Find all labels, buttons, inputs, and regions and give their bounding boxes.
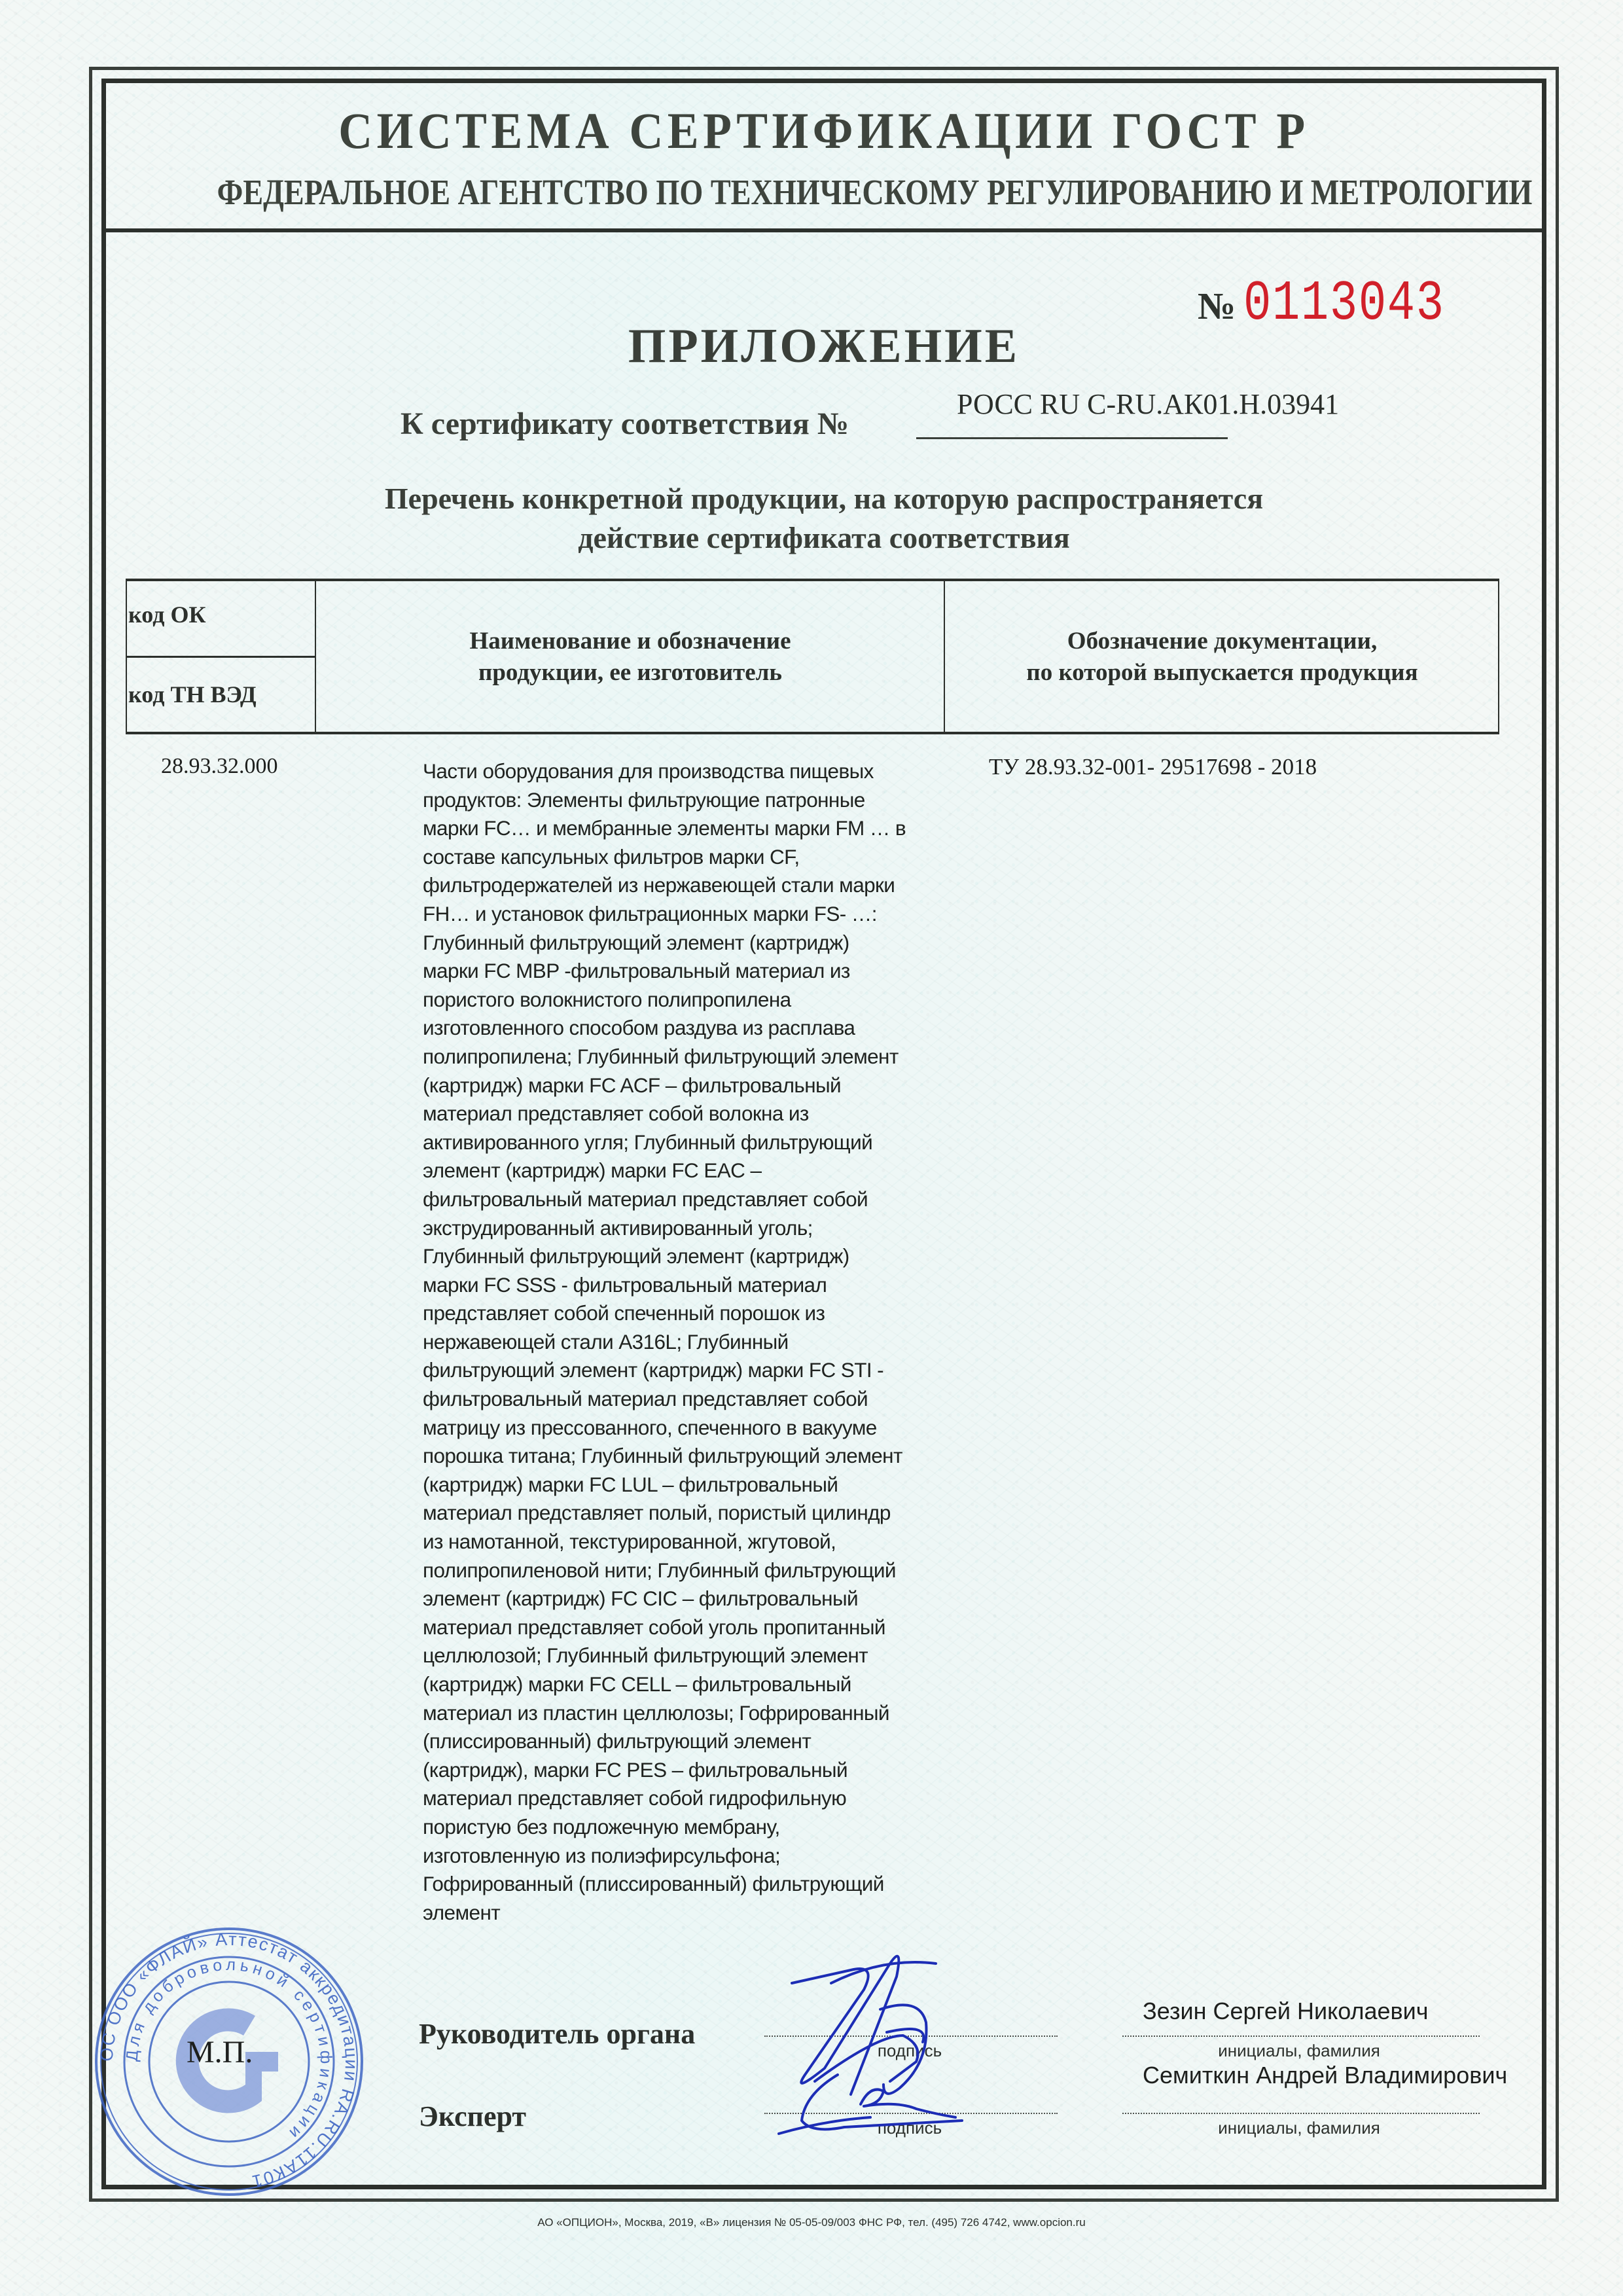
system-title: СИСТЕМА СЕРТИФИКАЦИИ ГОСТ Р [159, 101, 1488, 160]
product-description-line: Части оборудования для производства пище… [423, 757, 986, 786]
product-description-line: (картридж), марки FC PES – фильтровальны… [423, 1756, 986, 1785]
product-description-line: материал представляет полый, пористый ци… [423, 1499, 986, 1528]
product-description-line: пористую без подложечную мембрану, [423, 1813, 986, 1842]
product-description-line: материал из пластин целлюлозы; Гофрирова… [423, 1699, 986, 1728]
product-description-line: фильтровальный материал представляет соб… [423, 1185, 986, 1214]
product-description-line: (картридж) марки FC LUL – фильтровальный [423, 1471, 986, 1499]
product-description-line: марки FC SSS - фильтровальный материал [423, 1271, 986, 1300]
header-documentation: Обозначение документации, по которой вып… [945, 626, 1499, 689]
stamp-label: М.П. [187, 2034, 253, 2070]
product-description-line: экструдированный активированный уголь; [423, 1214, 986, 1243]
product-description-line: материал представляет собой волокна из [423, 1100, 986, 1128]
product-description-line: материал представляет собой уголь пропит… [423, 1613, 986, 1642]
product-description-line: полипропиленовой нити; Глубинный фильтру… [423, 1556, 986, 1585]
product-description-line: целлюлозой; Глубинный фильтрующий элемен… [423, 1641, 986, 1670]
product-description-line: продуктов: Элементы фильтрующие патронны… [423, 786, 986, 815]
head-role-label: Руководитель органа [419, 2017, 695, 2051]
header-code-tn-ved: код ТН ВЭД [128, 681, 257, 708]
head-name-line [1122, 2036, 1480, 2037]
row-documentation: ТУ 28.93.32-001- 29517698 - 2018 [989, 754, 1317, 780]
agency-title: ФЕДЕРАЛЬНОЕ АГЕНТСТВО ПО ТЕХНИЧЕСКОМУ РЕ… [217, 171, 1431, 213]
product-description-line: элемент (картридж) FC CIC – фильтровальн… [423, 1585, 986, 1613]
product-description-line: фильтрующий элемент (картридж) марки FC … [423, 1356, 986, 1385]
product-description-line: Глубинный фильтрующий элемент (картридж) [423, 929, 986, 958]
product-description-line: нержавеющей стали A316L; Глубинный [423, 1328, 986, 1357]
certificate-reference-number: РОСС RU С-RU.АК01.Н.03941 [957, 387, 1339, 421]
head-name: Зезин Сергей Николаевич [1143, 1998, 1429, 2025]
header-docs-line-2: по которой выпускается продукция [945, 657, 1499, 689]
printer-info: АО «ОПЦИОН», Москва, 2019, «В» лицензия … [0, 2216, 1623, 2229]
product-description-line: (плиссированный) фильтрующий элемент [423, 1727, 986, 1756]
product-description-line: представляет собой спеченный порошок из [423, 1299, 986, 1328]
product-description-line: матрицу из прессованного, спеченного в в… [423, 1414, 986, 1443]
certificate-reference-underline [916, 437, 1228, 439]
product-description-line: Гофрированный (плиссированный) фильтрующ… [423, 1870, 986, 1899]
product-description-line: марки FC MBP -фильтровальный материал из [423, 957, 986, 986]
subtitle-line-2: действие сертификата соответствия [101, 518, 1546, 558]
product-description-line: изготовленную из полиэфирсульфона; [423, 1842, 986, 1871]
table-row-divider [126, 656, 315, 658]
header-divider [101, 228, 1546, 232]
header-product-line-2: продукции, ее изготовитель [317, 657, 944, 689]
product-description-line: элемент (картридж) марки FC EAC – [423, 1157, 986, 1185]
product-description-line: материал представляет собой гидрофильную [423, 1784, 986, 1813]
row-code-ok: 28.93.32.000 [161, 754, 278, 779]
annex-title: ПРИЛОЖЕНИЕ [101, 319, 1546, 374]
product-description-line: порошка титана; Глубинный фильтрующий эл… [423, 1442, 986, 1471]
product-description-line: (картридж) марки FC CELL – фильтровальны… [423, 1670, 986, 1699]
header-code-ok: код ОК [128, 601, 206, 628]
product-description-line: FH… и установок фильтрационных марки FS-… [423, 900, 986, 929]
product-description-line: (картридж) марки FC ACF – фильтровальный [423, 1071, 986, 1100]
product-description-line: пористого волокнистого полипропилена [423, 986, 986, 1014]
expert-role-label: Эксперт [419, 2100, 526, 2133]
product-description-line: фильтродержателей из нержавеющей стали м… [423, 871, 986, 900]
expert-name-line [1122, 2113, 1480, 2114]
handwritten-signature-icon [766, 1937, 1054, 2140]
row-product-description: Части оборудования для производства пище… [423, 757, 986, 1927]
certificate-reference-label: К сертификату соответствия № [401, 406, 849, 442]
head-name-caption: инициалы, фамилия [1188, 2041, 1410, 2061]
product-description-line: Глубинный фильтрующий элемент (картридж) [423, 1242, 986, 1271]
document-subtitle: Перечень конкретной продукции, на котору… [101, 479, 1546, 558]
product-description-line: составе капсульных фильтров марки CF, [423, 843, 986, 872]
subtitle-line-1: Перечень конкретной продукции, на котору… [101, 479, 1546, 518]
product-description-line: изготовленного способом раздува из распл… [423, 1014, 986, 1043]
product-description-line: марки FC… и мембранные элементы марки FM… [423, 814, 986, 843]
product-description-line: элемент [423, 1899, 986, 1928]
header-product-name: Наименование и обозначение продукции, ее… [317, 626, 944, 689]
product-description-line: активированного угля; Глубинный фильтрую… [423, 1128, 986, 1157]
header-docs-line-1: Обозначение документации, [945, 626, 1499, 657]
product-description-line: из намотанной, текстурированной, жгутово… [423, 1528, 986, 1556]
expert-name-caption: инициалы, фамилия [1188, 2118, 1410, 2138]
header-product-line-1: Наименование и обозначение [317, 626, 944, 657]
product-description-line: фильтровальный материал представляет соб… [423, 1385, 986, 1414]
expert-name: Семиткин Андрей Владимирович [1143, 2062, 1507, 2089]
product-description-line: полипропилена; Глубинный фильтрующий эле… [423, 1043, 986, 1071]
